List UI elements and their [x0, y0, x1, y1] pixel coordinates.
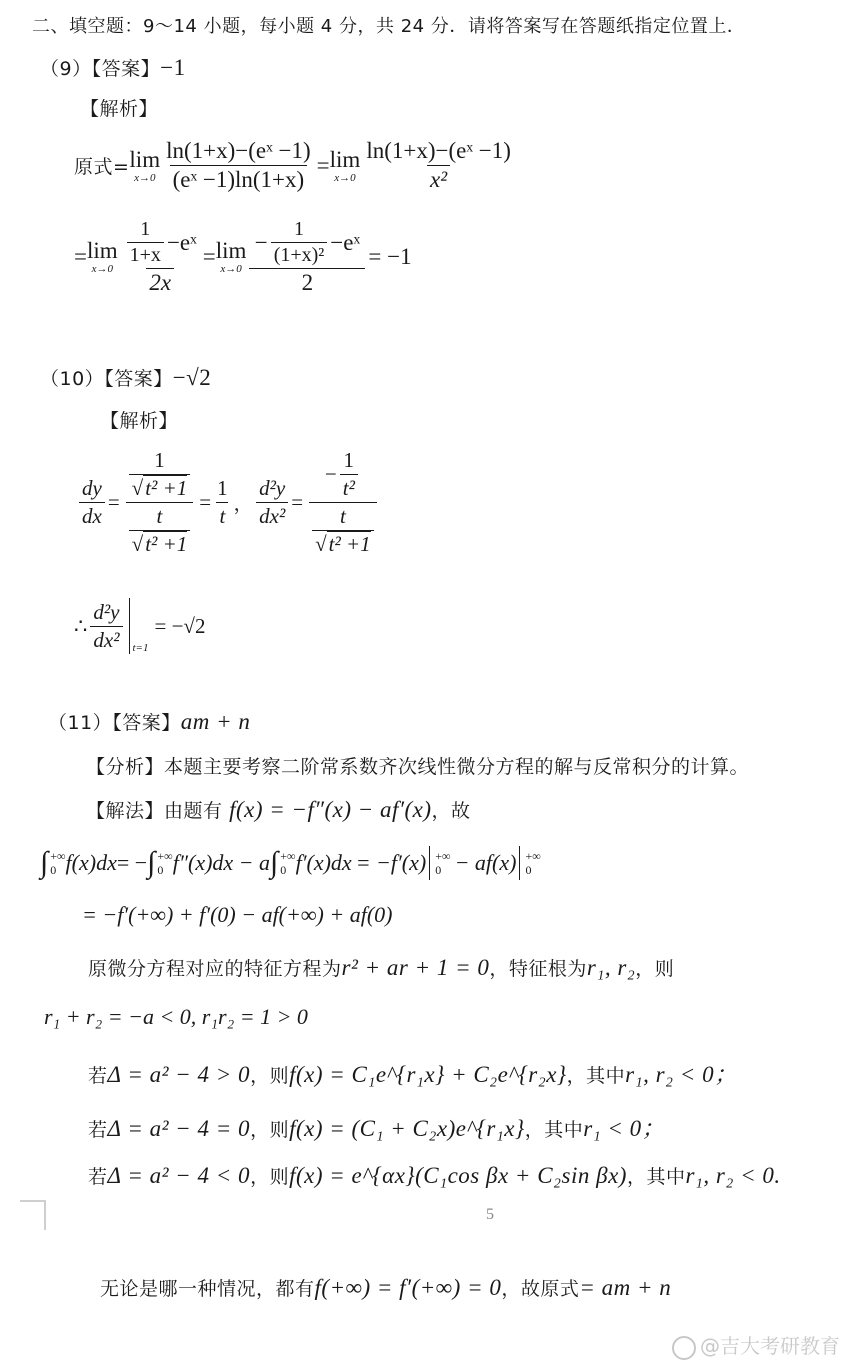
d2y-dx2-fraction: d²ydx² [256, 476, 288, 529]
lim-operator: limx→0 [87, 239, 118, 275]
q11-case-2: 若Δ = a² − 4 = 0，则f(x) = (C₁ + C₂x)e^{r₁x… [88, 1110, 665, 1143]
section-header: 二、填空题：9～14 小题，每小题 4 分，共 24 分．请将答案写在答题纸指定… [32, 12, 745, 38]
q11-expansion-line: = −f′(+∞) + f′(0) − af(+∞) + af(0) [82, 902, 392, 928]
q10-number: （10） [40, 368, 104, 390]
q9-answer: −1 [160, 55, 185, 80]
q11-integral-line: ∫+∞0 f(x)dx = − ∫+∞0 f″(x)dx − a ∫+∞0 f′… [40, 846, 541, 880]
q11-characteristic-line: 原微分方程对应的特征方程为r² + ar + 1 = 0，特征根为r₁, r₂，… [88, 954, 674, 981]
q11-analysis-line: 【分析】本题主要考察二阶常系数齐次线性微分方程的解与反常积分的计算。 [86, 752, 749, 779]
q10-complex-fraction-1: 1√t² +1 t√t² +1 [123, 448, 197, 557]
q9-formula-line2: = limx→0 11+x−eˣ 2x = limx→0 −1(1+x)²−eˣ… [74, 218, 412, 296]
lim-operator: limx→0 [129, 148, 160, 184]
q9-number: （9） [40, 58, 92, 80]
q11-answer-line: （11）【答案】am + n [48, 708, 250, 735]
page-number: 5 [486, 1206, 494, 1224]
dy-dx-fraction: dydx [79, 476, 105, 529]
q9-prefix: 原式= [74, 152, 129, 179]
q9-formula-line1: 原式= limx→0 ln(1+x)−(eˣ −1)(eˣ −1)ln(1+x)… [74, 138, 517, 193]
q11-answer: am + n [181, 709, 251, 734]
therefore-symbol: ∴ [74, 614, 87, 639]
q11-conclusion: 无论是哪一种情况，都有f(+∞) = f′(+∞) = 0，故原式= am + … [100, 1274, 671, 1301]
weibo-icon [672, 1336, 696, 1360]
one-over-t: 1t [214, 476, 231, 529]
lim-operator: limx→0 [216, 239, 247, 275]
page-corner-mark [20, 1200, 46, 1230]
q11-number: （11） [48, 712, 112, 734]
q9-answer-line: （9）【答案】−1 [40, 54, 186, 81]
q11-method-line: 【解法】由题有 f(x) = −f″(x) − af′(x)，故 [86, 796, 471, 823]
q11-vieta-line: r₁ + r₂ = −a < 0, r₁r₂ = 1 > 0 [44, 1004, 308, 1030]
lim-operator: limx→0 [330, 148, 361, 184]
q9-fraction-3: 11+x−eˣ 2x [121, 218, 200, 296]
q10-complex-fraction-2: −1t² t√t² +1 [306, 448, 380, 557]
q11-answer-tag: 【答案】 [112, 712, 181, 734]
q9-result: = −1 [368, 244, 411, 270]
watermark: @吉大考研教育 [672, 1330, 840, 1360]
q10-derivative-line: dydx = 1√t² +1 t√t² +1 = 1t ， d²ydx² = −… [76, 448, 383, 557]
q9-fraction-4: −1(1+x)²−eˣ 2 [249, 218, 365, 296]
evaluation-bar [129, 598, 130, 654]
q10-analysis-tag: 【解析】 [100, 406, 178, 433]
q10-answer: −√2 [173, 365, 212, 390]
q9-fraction-2: ln(1+x)−(eˣ −1)x² [363, 138, 514, 193]
q11-case-1: 若Δ = a² − 4 > 0，则f(x) = C₁e^{r₁x} + C₂e^… [88, 1056, 738, 1089]
q10-result-line: ∴ d²ydx² t=1 = −√2 [74, 598, 205, 654]
q9-fraction-1: ln(1+x)−(eˣ −1)(eˣ −1)ln(1+x) [163, 138, 314, 193]
q10-answer-line: （10）【答案】−√2 [40, 364, 211, 391]
q9-answer-tag: 【答案】 [92, 58, 161, 80]
q11-case-3: 若Δ = a² − 4 < 0，则f(x) = e^{αx}(C₁cos βx … [88, 1162, 781, 1189]
q10-answer-tag: 【答案】 [104, 368, 173, 390]
q9-analysis-tag: 【解析】 [80, 94, 158, 121]
